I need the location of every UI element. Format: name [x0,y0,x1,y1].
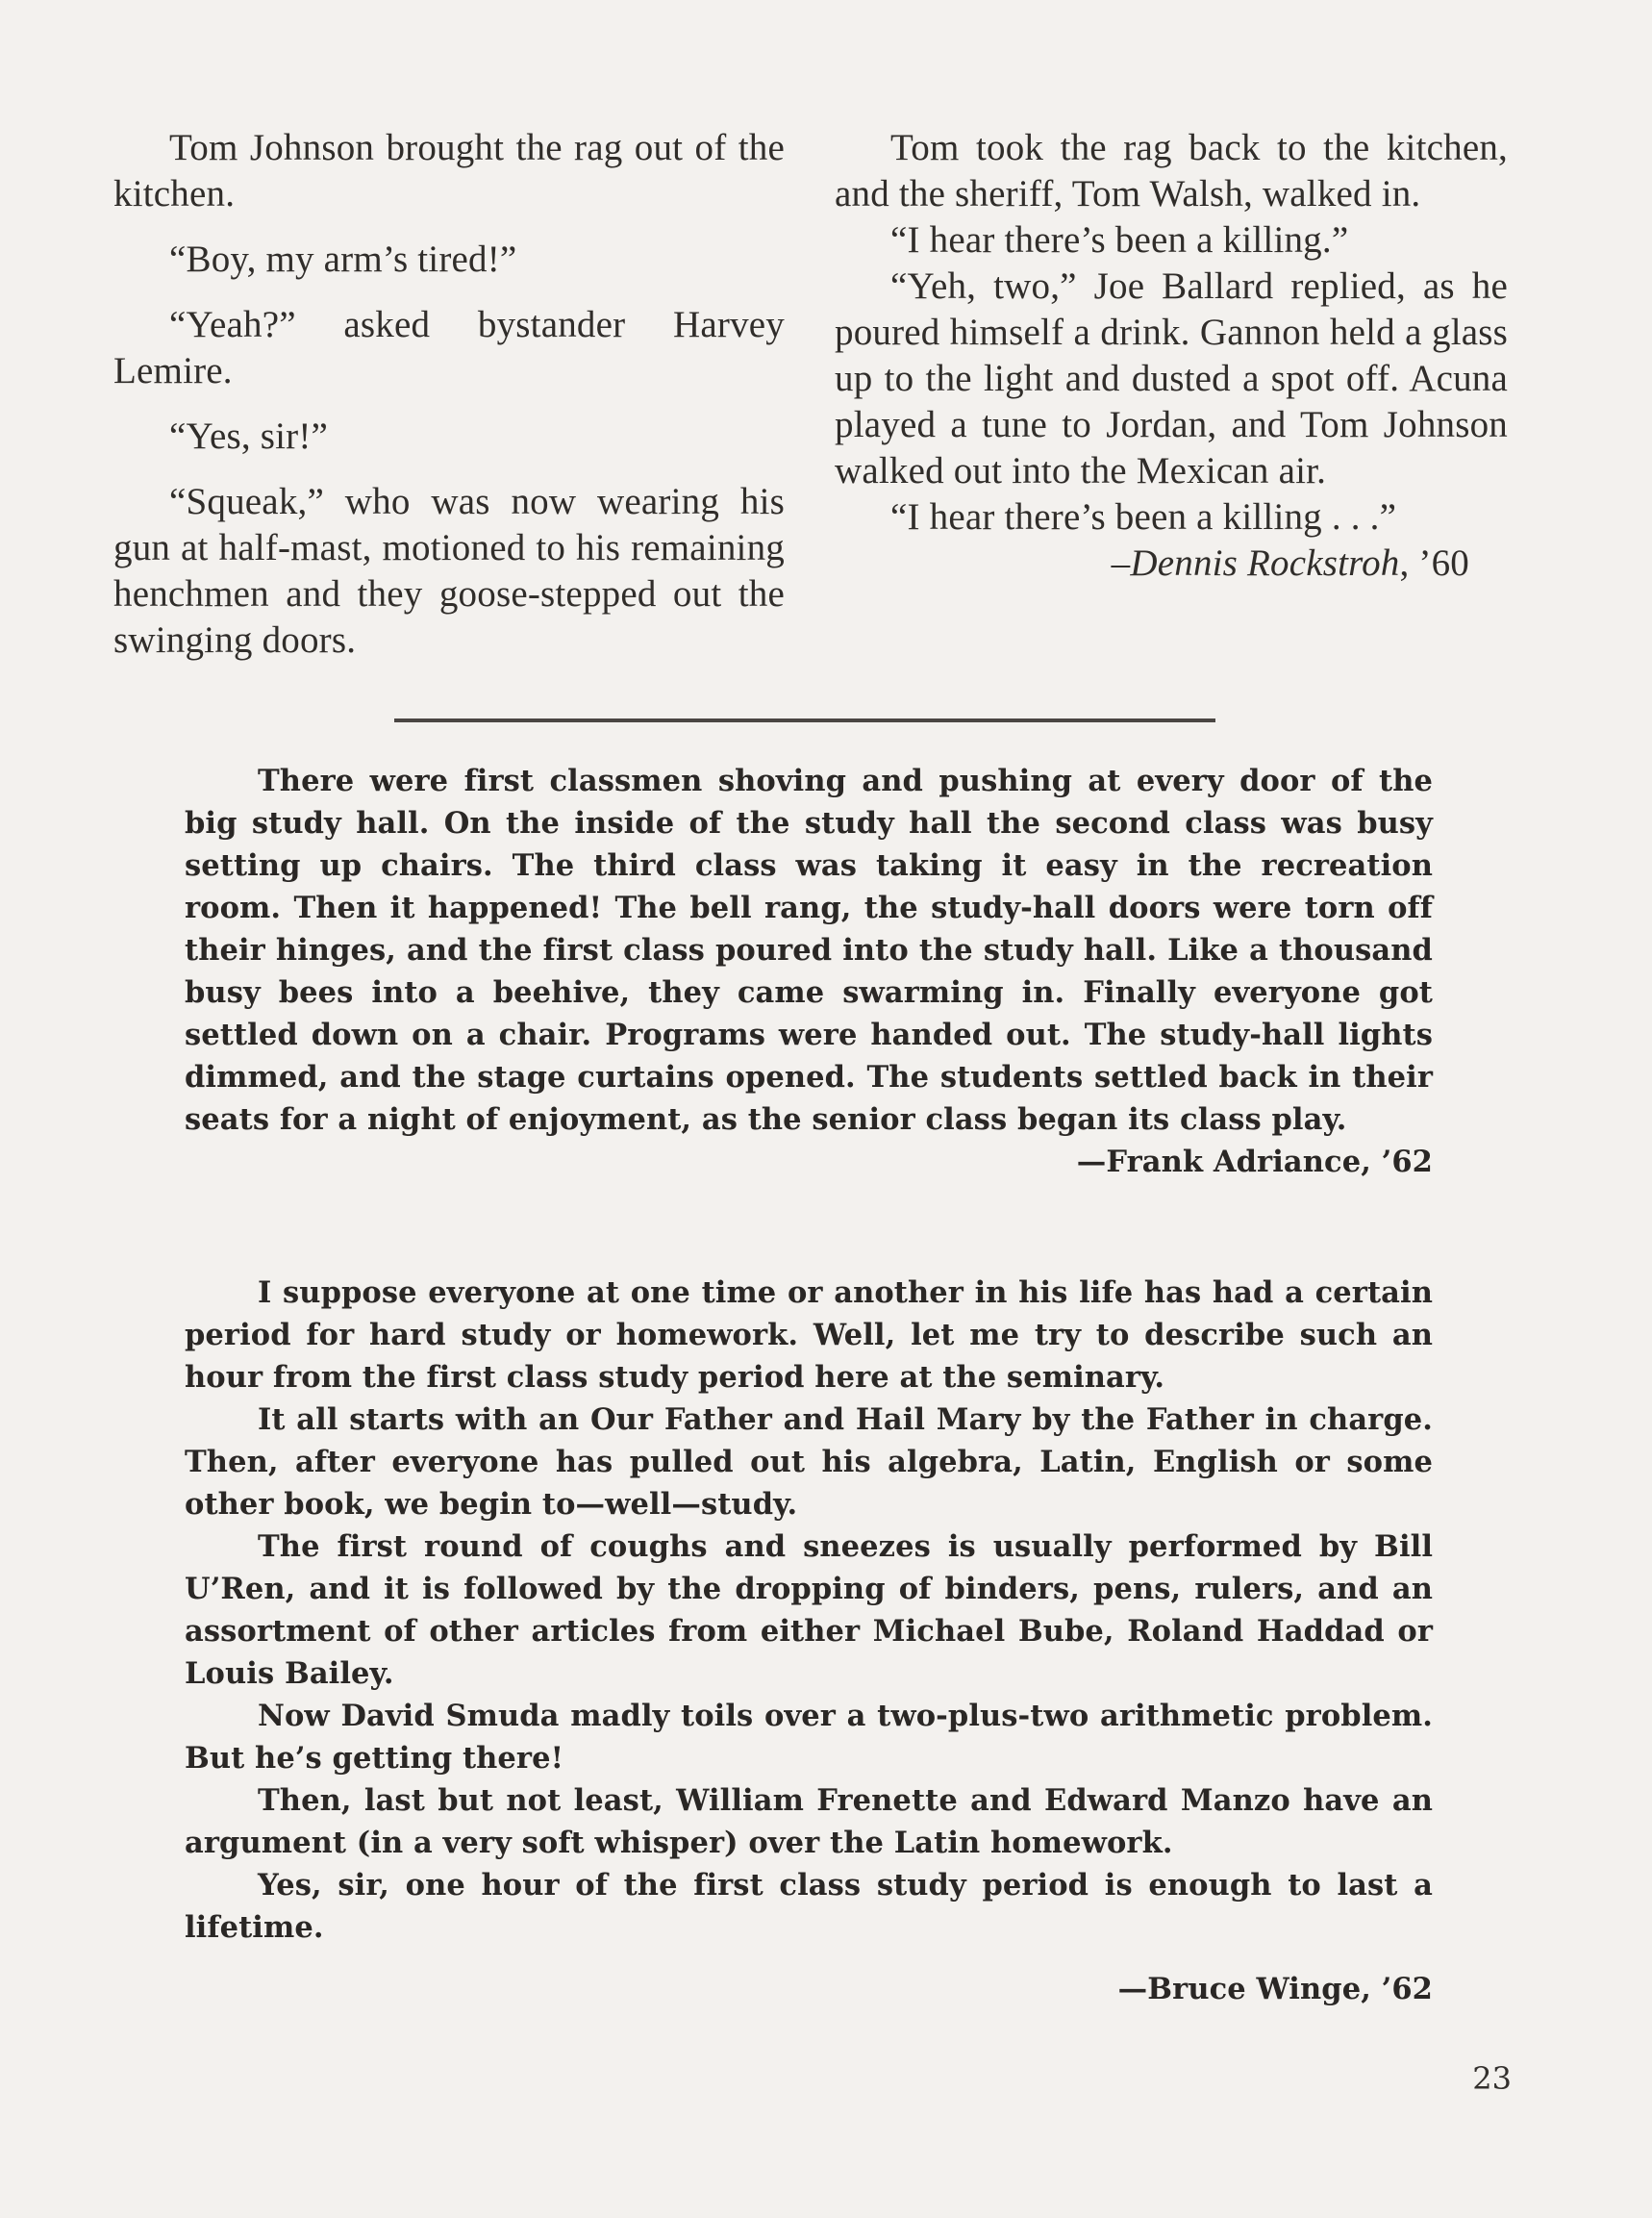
essay-study-period: I suppose everyone at one time or anothe… [185,1272,1433,2010]
yearbook-page: Tom Johnson brought the rag out of the k… [0,0,1652,2218]
story-paragraph: “Squeak,” who was now wearing his gun at… [113,479,785,664]
essay-paragraph: I suppose everyone at one time or anothe… [185,1272,1433,1399]
signature-year: , ’60 [1400,542,1470,584]
story-paragraph: Tom took the rag back to the kitchen, an… [835,125,1508,217]
essay-paragraph: It all starts with an Our Father and Hai… [185,1399,1433,1525]
page-number: 23 [1472,2060,1512,2097]
story-paragraph: “I hear there’s been a killing.” [835,217,1508,264]
essay-signature: —Frank Adriance, ’62 [185,1141,1433,1183]
story-paragraph: Tom Johnson brought the rag out of the k… [113,125,785,217]
story-paragraph: “I hear there’s been a killing . . .” [835,494,1508,541]
story-paragraph: “Boy, my arm’s tired!” [113,237,785,283]
story-left-column: Tom Johnson brought the rag out of the k… [113,125,785,683]
essay-signature: —Bruce Winge, ’62 [185,1968,1433,2010]
story-paragraph: “Yeh, two,” Joe Ballard replied, as he p… [835,264,1508,494]
essay-paragraph: There were first classmen shoving and pu… [185,760,1433,1141]
section-divider [394,718,1215,722]
signature-name: –Dennis Rockstroh [1112,542,1400,584]
story-right-column: Tom took the rag back to the kitchen, an… [835,125,1508,587]
essay-class-play: There were first classmen shoving and pu… [185,760,1433,1183]
essay-paragraph: Now David Smuda madly toils over a two-p… [185,1695,1433,1779]
story-signature: –Dennis Rockstroh, ’60 [835,541,1508,587]
story-paragraph: “Yes, sir!” [113,414,785,460]
essay-paragraph: The first round of coughs and sneezes is… [185,1525,1433,1695]
story-paragraph: “Yeah?” asked bystander Harvey Lemire. [113,302,785,394]
essay-paragraph: Then, last but not least, William Frenet… [185,1779,1433,1864]
essay-paragraph: Yes, sir, one hour of the first class st… [185,1864,1433,1949]
